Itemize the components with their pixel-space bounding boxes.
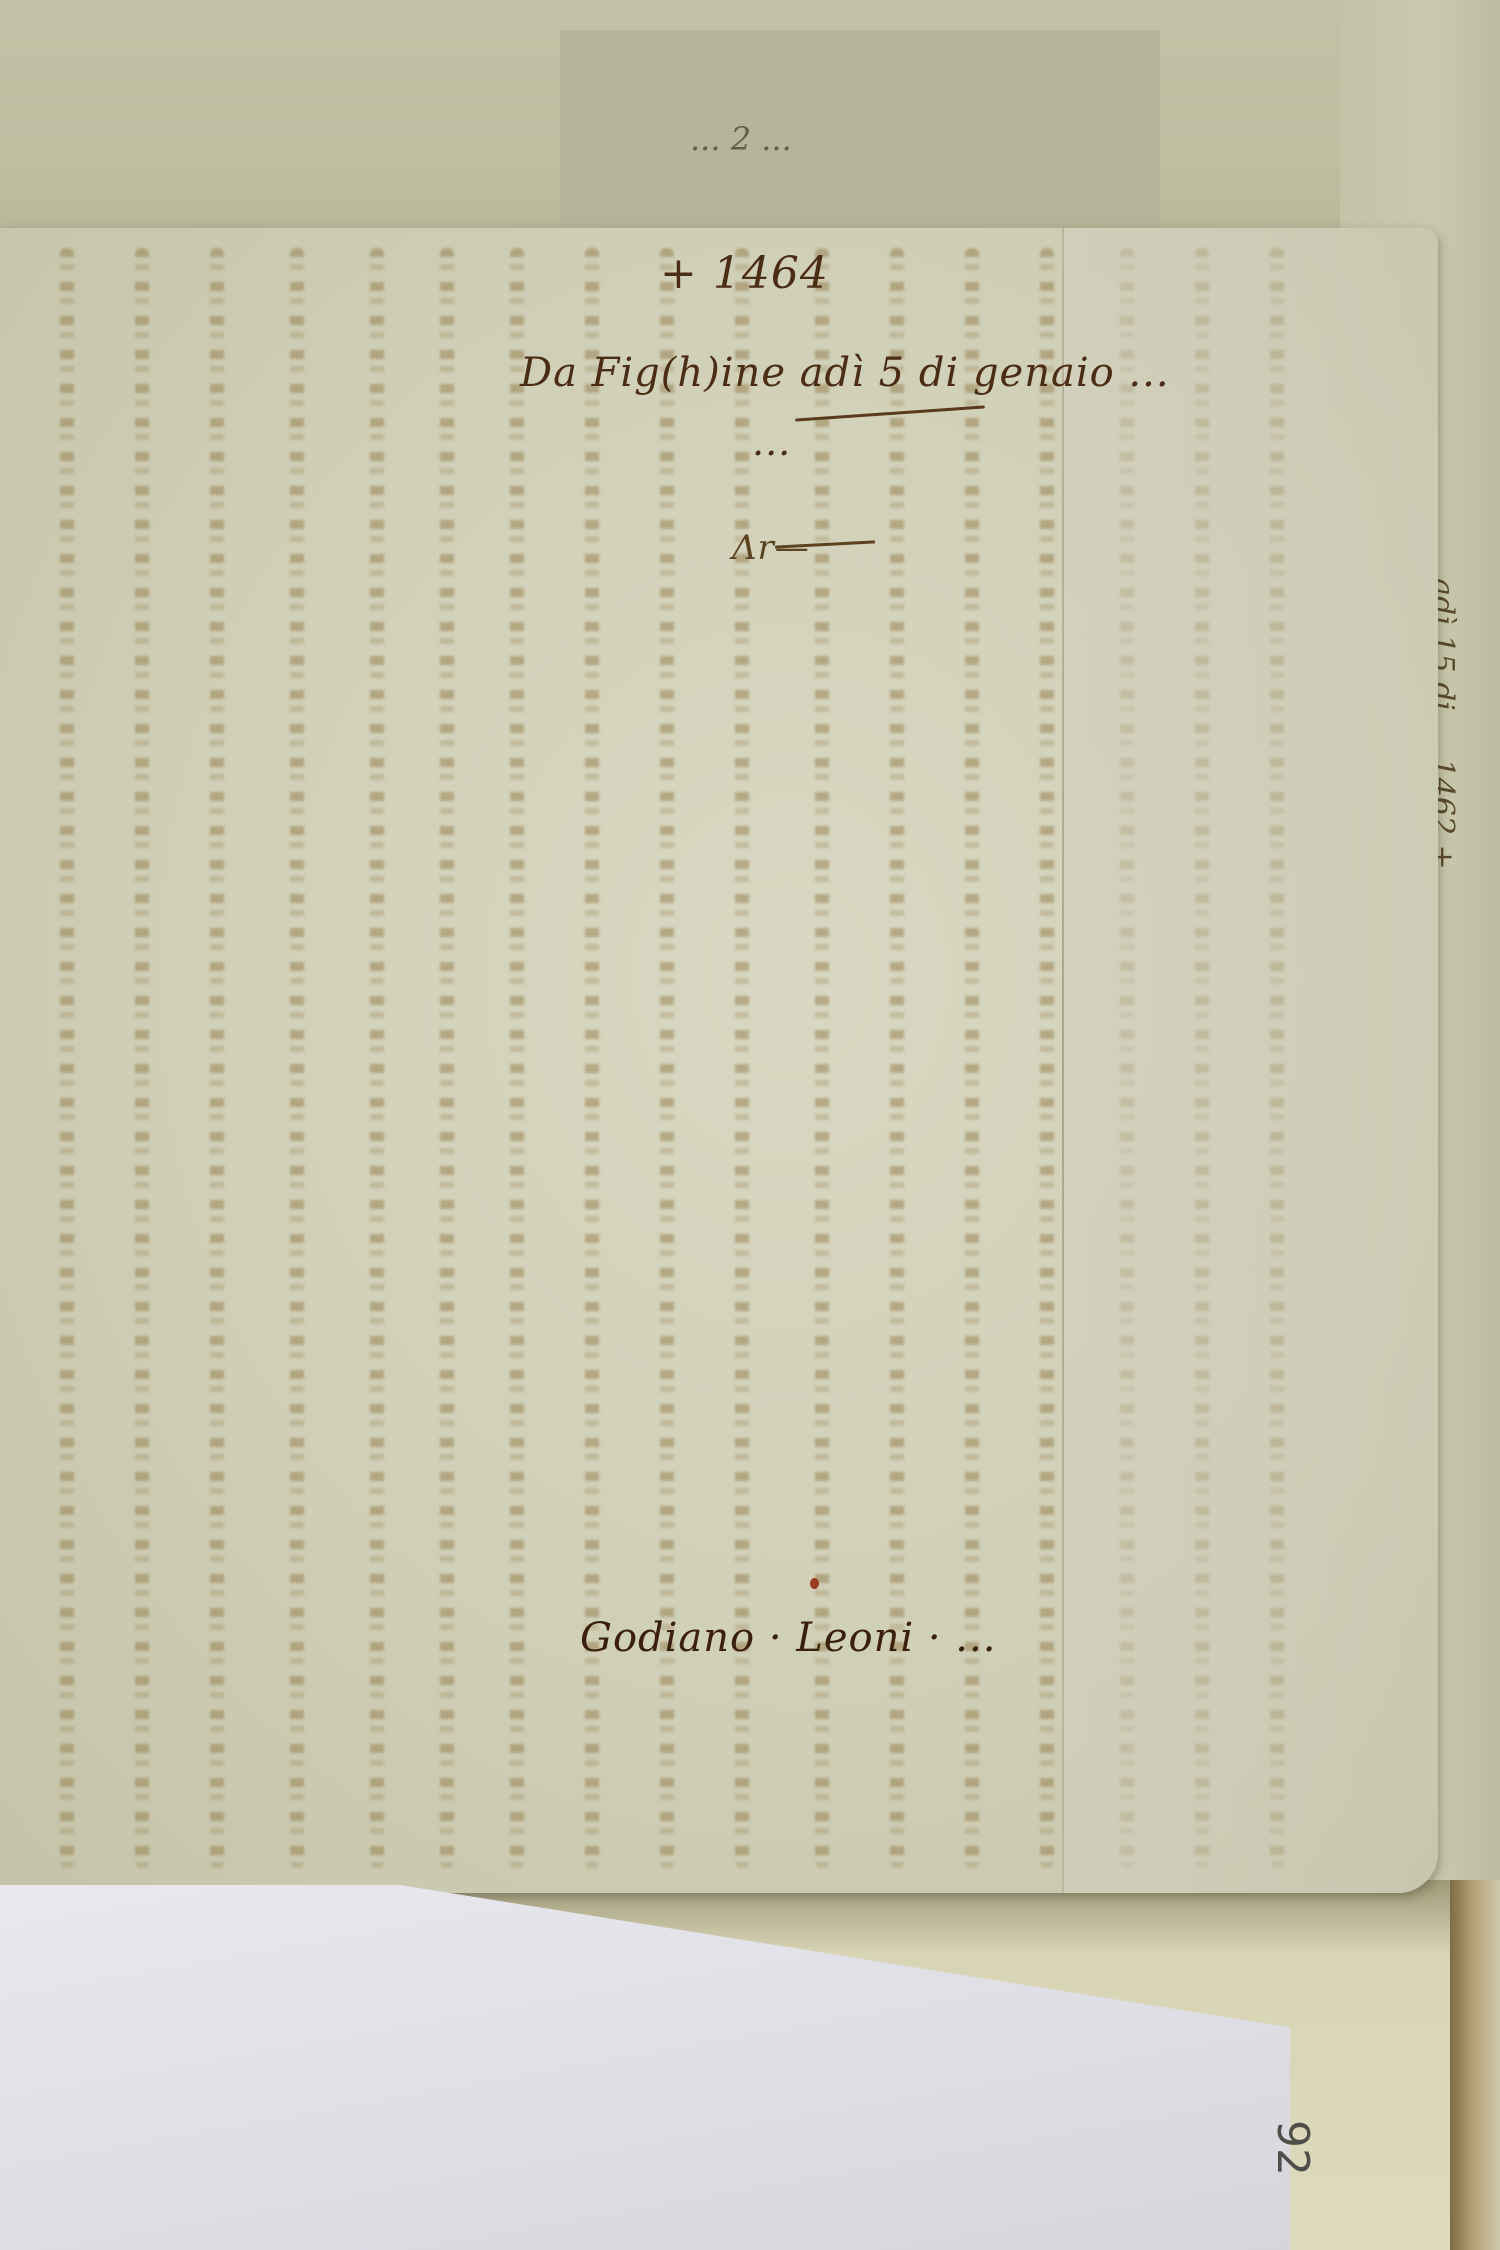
address-line-1: Da Fig(h)ine adì 5 di genaio ... — [520, 350, 1170, 396]
fold-crease — [1062, 228, 1064, 1893]
bleed-through-column — [60, 248, 74, 1868]
bleed-through-column — [1040, 248, 1054, 1868]
folio-number: 92 — [1267, 2120, 1318, 2176]
year-heading: + 1464 — [660, 248, 829, 299]
bleed-through-column — [210, 248, 224, 1868]
bleed-through-column — [290, 248, 304, 1868]
address-line-2: ... — [752, 420, 791, 464]
folded-panel — [1064, 228, 1438, 1893]
bleed-through-column — [370, 248, 384, 1868]
bleed-through-column — [510, 248, 524, 1868]
bleed-through-column — [135, 248, 149, 1868]
underlying-page-top: ... 2 ... — [0, 0, 1500, 260]
underlying-top-text: ... 2 ... — [690, 120, 792, 158]
registry-mark: Λr— — [732, 528, 810, 568]
signature: Godiano · Leoni · ... — [580, 1615, 996, 1661]
seal-trace — [810, 1578, 819, 1589]
underlying-page-strip — [560, 30, 1160, 230]
bleed-through-column — [440, 248, 454, 1868]
binding-edge — [1450, 1880, 1500, 2250]
